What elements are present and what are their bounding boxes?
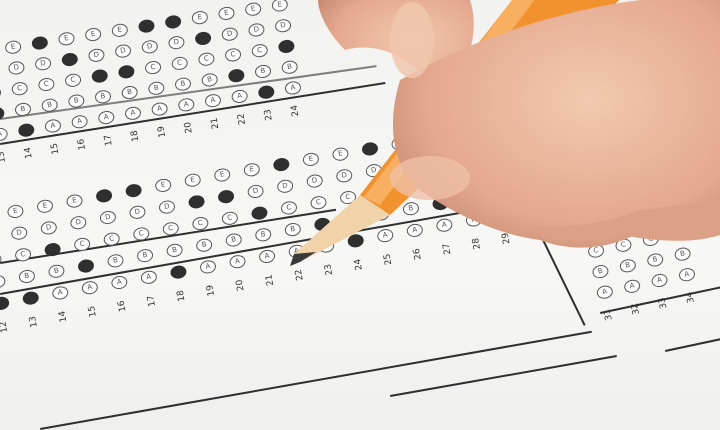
photo-scene: ABCDE13ABCDE14ABCDE15ABCDE16ABCDE17ABCDE… xyxy=(0,0,720,430)
hand xyxy=(0,0,720,430)
